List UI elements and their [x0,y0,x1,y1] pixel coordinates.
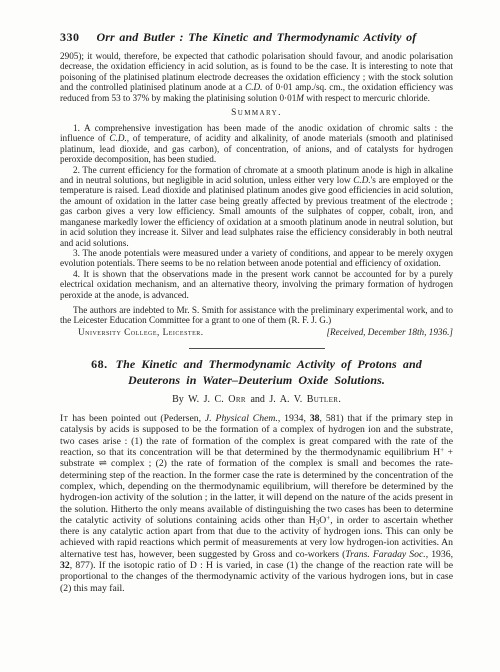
article-title: The Kinetic and Thermodynamic Activity o… [116,357,422,387]
article-body: It has been pointed out (Pedersen, J. Ph… [60,413,453,594]
summary-point-4: 4. It is shown that the observations mad… [60,269,453,300]
signoff-row: University College, Leicester. [Received… [60,327,453,337]
text-block: 330 Orr and Butler : The Kinetic and The… [60,30,453,594]
received-note: [Received, December 18th, 1936.] [326,327,453,337]
article-title-block: 68.The Kinetic and Thermodynamic Activit… [85,356,429,388]
article-body-paragraph: It has been pointed out (Pedersen, J. Ph… [60,413,453,594]
section-divider-rule [189,348,325,349]
summary-point-1: 1. A comprehensive investigation has bee… [60,123,453,165]
journal-page: 330 Orr and Butler : The Kinetic and The… [0,0,500,672]
summary-point-3: 3. The anode potentials were measured un… [60,248,453,269]
summary-point-2: 2. The current efficiency for the format… [60,165,453,248]
summary-heading: Summary. [60,108,453,119]
continuation-paragraph: 2905); it would, therefore, be expected … [60,51,453,103]
page-header: 330 Orr and Butler : The Kinetic and The… [60,30,453,44]
article-number: 68. [91,357,108,371]
previous-article-end: 2905); it would, therefore, be expected … [60,51,453,337]
article-byline: By W. J. C. Orr and J. A. V. Butler. [60,394,453,406]
affiliation: University College, Leicester. [60,327,204,337]
page-number: 330 [60,30,80,44]
running-title: Orr and Butler : The Kinetic and Thermod… [97,30,454,44]
acknowledgment-paragraph: The authors are indebted to Mr. S. Smith… [60,305,453,326]
